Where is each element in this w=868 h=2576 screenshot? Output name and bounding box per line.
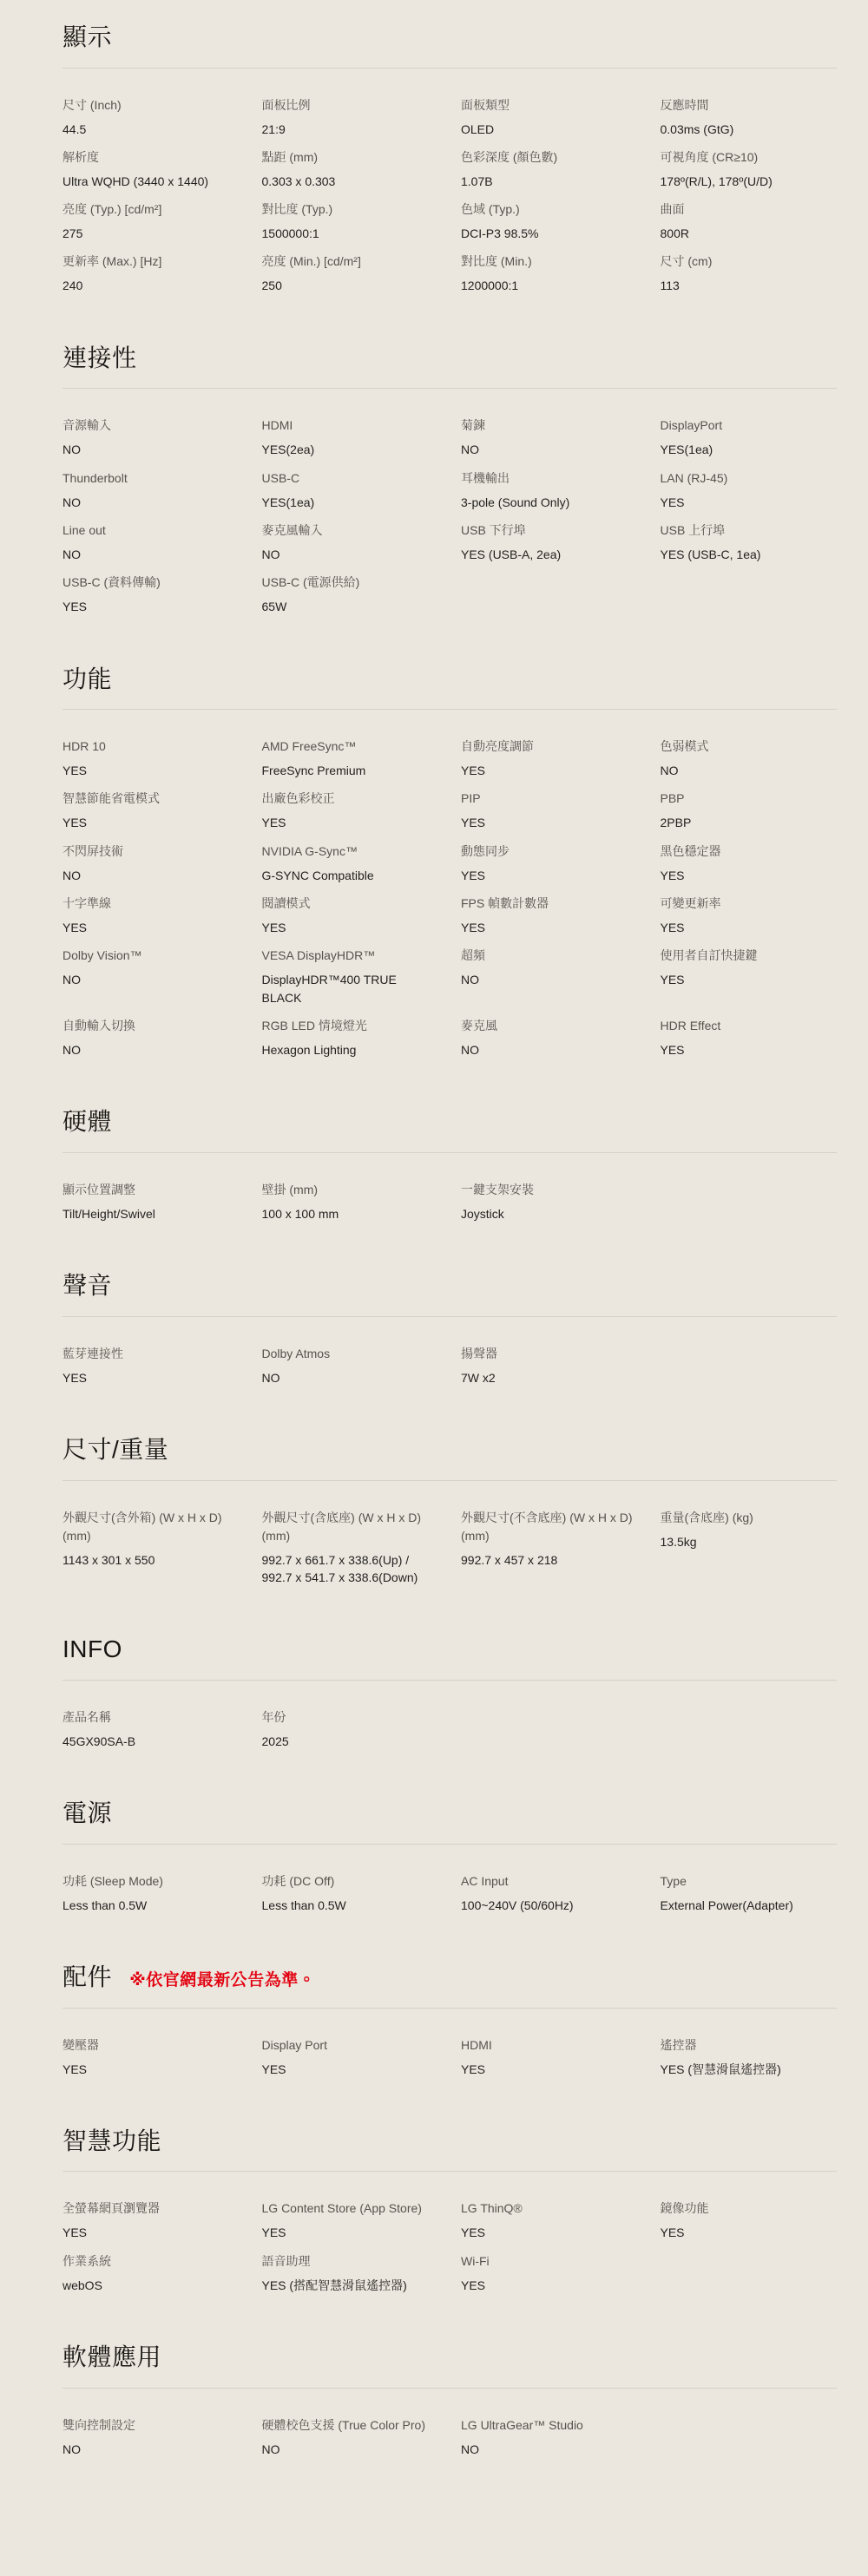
spec-item: 對比度 (Min.) 1200000:1 (461, 252, 638, 294)
spec-item-value: YES (262, 2224, 439, 2241)
spec-item: PBP 2PBP (661, 790, 838, 831)
spec-item-label: 菊鍊 (461, 416, 638, 435)
spec-item: 雙向控制設定 NO (62, 2416, 240, 2458)
spec-item-value: YES (搭配智慧滑鼠遙控器) (262, 2277, 439, 2294)
spec-item-label: 全螢幕網頁瀏覽器 (62, 2199, 240, 2218)
spec-item-value: YES (262, 814, 439, 831)
section-title: 連接性 (62, 344, 837, 373)
spec-item: 曲面 800R (661, 200, 838, 242)
spec-item-label: 變壓器 (62, 2036, 240, 2055)
spec-item-label: 尺寸 (cm) (661, 252, 838, 271)
section-divider (62, 1152, 837, 1153)
spec-item-label: PIP (461, 790, 638, 808)
spec-item-label: 對比度 (Typ.) (262, 200, 439, 219)
spec-item: 菊鍊 NO (461, 416, 638, 458)
spec-item: 揚聲器 7W x2 (461, 1345, 638, 1386)
spec-item-value: 1143 x 301 x 550 (62, 1551, 240, 1569)
spec-item-label: 鏡像功能 (661, 2199, 838, 2218)
spec-item: VESA DisplayHDR™ DisplayHDR™400 TRUE BLA… (262, 947, 439, 1006)
spec-item-label: 藍芽連接性 (62, 1345, 240, 1363)
spec-item: FPS 幀數計數器 YES (461, 895, 638, 936)
section-title-text: 電源 (62, 1799, 112, 1826)
spec-item-value: YES (62, 762, 240, 779)
spec-grid: 雙向控制設定 NO 硬體校色支援 (True Color Pro) NO LG … (62, 2416, 837, 2458)
spec-item: 尺寸 (cm) 113 (661, 252, 838, 294)
spec-item-value: 45GX90SA-B (62, 1733, 240, 1750)
spec-item: 自動輸入切換 NO (62, 1017, 240, 1059)
spec-item: RGB LED 情境燈光 Hexagon Lighting (262, 1017, 439, 1059)
spec-item-label: Wi-Fi (461, 2252, 638, 2271)
spec-section: 功能 HDR 10 YES AMD FreeSync™ FreeSync Pre… (62, 665, 837, 1059)
spec-item-label: USB-C (262, 469, 439, 488)
spec-item-value: External Power(Adapter) (661, 1897, 838, 1914)
spec-item-value: YES (661, 1041, 838, 1059)
spec-item: 遙控器 YES (智慧滑鼠遙控器) (661, 2036, 838, 2078)
spec-grid: 尺寸 (Inch) 44.5 面板比例 21:9 面板類型 OLED 反應時間 … (62, 96, 837, 295)
spec-item-value: 100 x 100 mm (262, 1205, 439, 1222)
spec-item: 不閃屏技術 NO (62, 842, 240, 884)
spec-item-value: 65W (262, 598, 439, 615)
spec-item: 語音助理 YES (搭配智慧滑鼠遙控器) (262, 2252, 439, 2294)
spec-item-value: 250 (262, 277, 439, 294)
spec-item-value: NO (461, 441, 638, 458)
spec-item-label: 外觀尺寸(含外箱) (W x H x D) (mm) (62, 1509, 240, 1545)
spec-item: AMD FreeSync™ FreeSync Premium (262, 737, 439, 779)
spec-item-value: YES (461, 2061, 638, 2078)
spec-item: 可視角度 (CR≥10) 178º(R/L), 178º(U/D) (661, 148, 838, 190)
section-title-text: 尺寸/重量 (62, 1436, 168, 1463)
spec-item: 壁掛 (mm) 100 x 100 mm (262, 1181, 439, 1222)
spec-item-label: 功耗 (DC Off) (262, 1872, 439, 1891)
spec-item: 面板類型 OLED (461, 96, 638, 138)
spec-item-value: NO (62, 494, 240, 511)
spec-item-value: YES (461, 762, 638, 779)
spec-item-value: 240 (62, 277, 240, 294)
spec-item: 十字準線 YES (62, 895, 240, 936)
section-title: INFO (62, 1635, 837, 1664)
spec-grid: 音源輸入 NO HDMI YES(2ea) 菊鍊 NO DisplayPort … (62, 416, 837, 615)
spec-item-value: DisplayHDR™400 TRUE BLACK (262, 971, 439, 1006)
spec-item-value: YES (62, 2061, 240, 2078)
spec-item-value: 100~240V (50/60Hz) (461, 1897, 638, 1914)
spec-item-value: YES (智慧滑鼠遙控器) (661, 2061, 838, 2078)
spec-item: 反應時間 0.03ms (GtG) (661, 96, 838, 138)
spec-item: 動態同步 YES (461, 842, 638, 884)
spec-item: 點距 (mm) 0.303 x 0.303 (262, 148, 439, 190)
spec-item-label: 閱讀模式 (262, 895, 439, 913)
spec-item-value: 2025 (262, 1733, 439, 1750)
spec-item: 顯示位置調整 Tilt/Height/Swivel (62, 1181, 240, 1222)
spec-item: 對比度 (Typ.) 1500000:1 (262, 200, 439, 242)
section-divider (62, 2008, 837, 2009)
spec-item-value: 992.7 x 457 x 218 (461, 1551, 638, 1569)
spec-item-value: YES(1ea) (262, 494, 439, 511)
spec-item: USB-C YES(1ea) (262, 469, 439, 511)
spec-item-label: 曲面 (661, 200, 838, 219)
spec-item: 功耗 (DC Off) Less than 0.5W (262, 1872, 439, 1914)
spec-section: 軟體應用 雙向控制設定 NO 硬體校色支援 (True Color Pro) N… (62, 2343, 837, 2458)
spec-item: HDR 10 YES (62, 737, 240, 779)
spec-item-value: YES (461, 867, 638, 884)
spec-item-label: 對比度 (Min.) (461, 252, 638, 271)
spec-item-value: NO (62, 441, 240, 458)
spec-item-label: 雙向控制設定 (62, 2416, 240, 2435)
spec-item: Display Port YES (262, 2036, 439, 2078)
spec-item-label: 硬體校色支援 (True Color Pro) (262, 2416, 439, 2435)
spec-item: 音源輸入 NO (62, 416, 240, 458)
spec-item-label: LAN (RJ-45) (661, 469, 838, 488)
spec-grid: 變壓器 YES Display Port YES HDMI YES 遙控器 YE… (62, 2036, 837, 2078)
spec-item: NVIDIA G-Sync™ G-SYNC Compatible (262, 842, 439, 884)
spec-item-label: 色彩深度 (顏色數) (461, 148, 638, 167)
spec-item-label: USB-C (資料傳輸) (62, 574, 240, 592)
spec-item: HDMI YES (461, 2036, 638, 2078)
spec-item-label: 年份 (262, 1708, 439, 1727)
spec-item-label: Thunderbolt (62, 469, 240, 488)
spec-item-value: 800R (661, 225, 838, 242)
section-title: 顯示 (62, 23, 837, 52)
spec-item: AC Input 100~240V (50/60Hz) (461, 1872, 638, 1914)
spec-item-label: 功耗 (Sleep Mode) (62, 1872, 240, 1891)
section-title-text: 功能 (62, 665, 112, 692)
spec-item: Wi-Fi YES (461, 2252, 638, 2294)
spec-item-value: YES (461, 2277, 638, 2294)
spec-item-label: 黑色穩定器 (661, 842, 838, 861)
spec-item: 硬體校色支援 (True Color Pro) NO (262, 2416, 439, 2458)
spec-item: 色彩深度 (顏色數) 1.07B (461, 148, 638, 190)
spec-item: 面板比例 21:9 (262, 96, 439, 138)
spec-item-label: FPS 幀數計數器 (461, 895, 638, 913)
spec-item-value: YES (661, 867, 838, 884)
spec-item: 色弱模式 NO (661, 737, 838, 779)
spec-item-value: 44.5 (62, 121, 240, 138)
spec-item-value: YES (USB-C, 1ea) (661, 546, 838, 563)
spec-item: LG ThinQ® YES (461, 2199, 638, 2241)
spec-item-value: 21:9 (262, 121, 439, 138)
spec-item-label: AMD FreeSync™ (262, 737, 439, 756)
spec-item: HDR Effect YES (661, 1017, 838, 1059)
spec-item-value: 178º(R/L), 178º(U/D) (661, 173, 838, 190)
spec-item-label: RGB LED 情境燈光 (262, 1017, 439, 1035)
spec-item-label: 不閃屏技術 (62, 842, 240, 861)
spec-item-label: 反應時間 (661, 96, 838, 115)
spec-item-label: Dolby Atmos (262, 1345, 439, 1363)
spec-item-value: YES (461, 814, 638, 831)
spec-item: Thunderbolt NO (62, 469, 240, 511)
spec-item-label: 解析度 (62, 148, 240, 167)
spec-item-value: NO (661, 762, 838, 779)
spec-item-value: 113 (661, 277, 838, 294)
spec-item-label: 點距 (mm) (262, 148, 439, 167)
spec-item: 自動亮度調節 YES (461, 737, 638, 779)
spec-item-value: YES (62, 1369, 240, 1386)
spec-item-label: HDR Effect (661, 1017, 838, 1035)
spec-item-value: 1500000:1 (262, 225, 439, 242)
spec-item-value: Joystick (461, 1205, 638, 1222)
spec-item-value: 3-pole (Sound Only) (461, 494, 638, 511)
spec-item-value: 992.7 x 661.7 x 338.6(Up) / 992.7 x 541.… (262, 1551, 439, 1587)
spec-item-label: USB 上行埠 (661, 521, 838, 540)
spec-item: 更新率 (Max.) [Hz] 240 (62, 252, 240, 294)
spec-item-label: Type (661, 1872, 838, 1891)
spec-item: LAN (RJ-45) YES (661, 469, 838, 511)
spec-item-value: webOS (62, 2277, 240, 2294)
spec-item-value: YES (661, 919, 838, 936)
spec-section: 配件 ※依官網最新公告為準。 變壓器 YES Display Port YES … (62, 1963, 837, 2078)
spec-item-label: 色域 (Typ.) (461, 200, 638, 219)
spec-item-label: 亮度 (Min.) [cd/m²] (262, 252, 439, 271)
spec-item-value: YES (661, 494, 838, 511)
spec-item-label: 自動輸入切換 (62, 1017, 240, 1035)
spec-sections: 顯示 尺寸 (Inch) 44.5 面板比例 21:9 面板類型 OLED 反應… (62, 23, 837, 2458)
spec-item-value: NO (62, 971, 240, 988)
spec-item: USB-C (資料傳輸) YES (62, 574, 240, 615)
spec-item-label: LG ThinQ® (461, 2199, 638, 2218)
spec-item-label: NVIDIA G-Sync™ (262, 842, 439, 861)
section-divider (62, 2388, 837, 2389)
spec-section: 連接性 音源輸入 NO HDMI YES(2ea) 菊鍊 NO DisplayP… (62, 344, 837, 616)
spec-item: 黑色穩定器 YES (661, 842, 838, 884)
spec-item: 閱讀模式 YES (262, 895, 439, 936)
spec-item-label: 尺寸 (Inch) (62, 96, 240, 115)
spec-item: 耳機輸出 3-pole (Sound Only) (461, 469, 638, 511)
spec-item: 色域 (Typ.) DCI-P3 98.5% (461, 200, 638, 242)
spec-item: 亮度 (Typ.) [cd/m²] 275 (62, 200, 240, 242)
spec-item-value: 7W x2 (461, 1369, 638, 1386)
spec-item: LG Content Store (App Store) YES (262, 2199, 439, 2241)
spec-item: PIP YES (461, 790, 638, 831)
spec-item-value: NO (62, 1041, 240, 1059)
spec-item-label: 亮度 (Typ.) [cd/m²] (62, 200, 240, 219)
spec-item-value: NO (461, 971, 638, 988)
spec-item-label: USB 下行埠 (461, 521, 638, 540)
spec-item-label: 自動亮度調節 (461, 737, 638, 756)
section-title: 智慧功能 (62, 2127, 837, 2156)
spec-item-value: 1200000:1 (461, 277, 638, 294)
spec-item-value: YES (461, 919, 638, 936)
spec-item: 產品名稱 45GX90SA-B (62, 1708, 240, 1750)
spec-item-label: 作業系統 (62, 2252, 240, 2271)
section-title-text: 顯示 (62, 23, 112, 50)
section-title-text: 連接性 (62, 344, 137, 371)
spec-item-label: DisplayPort (661, 416, 838, 435)
spec-item-label: 顯示位置調整 (62, 1181, 240, 1199)
spec-item: 功耗 (Sleep Mode) Less than 0.5W (62, 1872, 240, 1914)
spec-section: 智慧功能 全螢幕網頁瀏覽器 YES LG Content Store (App … (62, 2127, 837, 2294)
spec-item-value: YES (62, 598, 240, 615)
spec-item-label: 更新率 (Max.) [Hz] (62, 252, 240, 271)
spec-section: INFO 產品名稱 45GX90SA-B 年份 2025 (62, 1635, 837, 1750)
spec-grid: 產品名稱 45GX90SA-B 年份 2025 (62, 1708, 837, 1750)
spec-item-label: HDMI (262, 416, 439, 435)
spec-item: Dolby Atmos NO (262, 1345, 439, 1386)
spec-item-label: 揚聲器 (461, 1345, 638, 1363)
spec-item: 全螢幕網頁瀏覽器 YES (62, 2199, 240, 2241)
spec-item: 藍芽連接性 YES (62, 1345, 240, 1386)
spec-item-label: 產品名稱 (62, 1708, 240, 1727)
spec-item-value: 0.303 x 0.303 (262, 173, 439, 190)
spec-item-value: FreeSync Premium (262, 762, 439, 779)
spec-item: 解析度 Ultra WQHD (3440 x 1440) (62, 148, 240, 190)
spec-item-value: Less than 0.5W (62, 1897, 240, 1914)
spec-item-label: AC Input (461, 1872, 638, 1891)
section-title: 聲音 (62, 1271, 837, 1301)
spec-item-value: Hexagon Lighting (262, 1041, 439, 1059)
spec-item: 亮度 (Min.) [cd/m²] 250 (262, 252, 439, 294)
spec-item: HDMI YES(2ea) (262, 416, 439, 458)
spec-item-label: 壁掛 (mm) (262, 1181, 439, 1199)
spec-item: 出廠色彩校正 YES (262, 790, 439, 831)
spec-item-label: 使用者自訂快捷鍵 (661, 947, 838, 965)
section-divider (62, 388, 837, 389)
spec-item-label: HDR 10 (62, 737, 240, 756)
spec-item: 作業系統 webOS (62, 2252, 240, 2294)
spec-item: 變壓器 YES (62, 2036, 240, 2078)
spec-item-value: 0.03ms (GtG) (661, 121, 838, 138)
spec-section: 電源 功耗 (Sleep Mode) Less than 0.5W 功耗 (DC… (62, 1799, 837, 1914)
spec-item-value: YES (661, 971, 838, 988)
section-divider (62, 1844, 837, 1845)
spec-grid: 全螢幕網頁瀏覽器 YES LG Content Store (App Store… (62, 2199, 837, 2294)
spec-item: 外觀尺寸(含外箱) (W x H x D) (mm) 1143 x 301 x … (62, 1509, 240, 1587)
spec-item-value: NO (262, 2441, 439, 2458)
spec-item-value: 2PBP (661, 814, 838, 831)
section-title: 電源 (62, 1799, 837, 1828)
spec-item: 外觀尺寸(含底座) (W x H x D) (mm) 992.7 x 661.7… (262, 1509, 439, 1587)
spec-item: Line out NO (62, 521, 240, 563)
spec-item-label: Dolby Vision™ (62, 947, 240, 965)
spec-item-label: 面板比例 (262, 96, 439, 115)
section-title-note: ※依官網最新公告為準。 (129, 1971, 315, 1989)
spec-item-value: YES (461, 2224, 638, 2241)
spec-item-value: YES (62, 814, 240, 831)
spec-item-label: 可變更新率 (661, 895, 838, 913)
spec-grid: 顯示位置調整 Tilt/Height/Swivel 壁掛 (mm) 100 x … (62, 1181, 837, 1222)
spec-item: 一鍵支架安裝 Joystick (461, 1181, 638, 1222)
spec-item-label: Line out (62, 521, 240, 540)
section-title-text: 軟體應用 (62, 2343, 161, 2370)
spec-item-value: YES (262, 919, 439, 936)
spec-item: DisplayPort YES(1ea) (661, 416, 838, 458)
spec-item: 超頻 NO (461, 947, 638, 1006)
spec-item-label: PBP (661, 790, 838, 808)
spec-item: 外觀尺寸(不含底座) (W x H x D) (mm) 992.7 x 457 … (461, 1509, 638, 1587)
spec-item: Type External Power(Adapter) (661, 1872, 838, 1914)
spec-item-value: NO (262, 1369, 439, 1386)
spec-item: LG UltraGear™ Studio NO (461, 2416, 638, 2458)
spec-item-value: NO (262, 546, 439, 563)
spec-item-value: Ultra WQHD (3440 x 1440) (62, 173, 240, 190)
spec-item-label: 智慧節能省電模式 (62, 790, 240, 808)
spec-item: 麥克風輸入 NO (262, 521, 439, 563)
spec-item: 尺寸 (Inch) 44.5 (62, 96, 240, 138)
spec-item-value: NO (62, 867, 240, 884)
spec-item-label: 可視角度 (CR≥10) (661, 148, 838, 167)
section-divider (62, 68, 837, 69)
spec-item-value: 1.07B (461, 173, 638, 190)
spec-item-value: Less than 0.5W (262, 1897, 439, 1914)
spec-item-label: 超頻 (461, 947, 638, 965)
spec-item-value: YES(1ea) (661, 441, 838, 458)
spec-section: 硬體 顯示位置調整 Tilt/Height/Swivel 壁掛 (mm) 100… (62, 1107, 837, 1222)
spec-item-value: YES (USB-A, 2ea) (461, 546, 638, 563)
spec-item-value: OLED (461, 121, 638, 138)
spec-item-value: Tilt/Height/Swivel (62, 1205, 240, 1222)
section-title: 軟體應用 (62, 2343, 837, 2372)
spec-item-label: 出廠色彩校正 (262, 790, 439, 808)
section-divider (62, 2171, 837, 2172)
section-title: 功能 (62, 665, 837, 694)
spec-item-label: 一鍵支架安裝 (461, 1181, 638, 1199)
spec-item-label: 麥克風輸入 (262, 521, 439, 540)
spec-item-label: 麥克風 (461, 1017, 638, 1035)
section-divider (62, 1316, 837, 1317)
section-divider (62, 1480, 837, 1481)
spec-item: 麥克風 NO (461, 1017, 638, 1059)
spec-item-value: G-SYNC Compatible (262, 867, 439, 884)
spec-item: USB-C (電源供給) 65W (262, 574, 439, 615)
section-title-text: INFO (62, 1635, 122, 1662)
spec-item-value: YES (62, 919, 240, 936)
spec-item-value: YES (661, 2224, 838, 2241)
spec-item-value: NO (461, 1041, 638, 1059)
spec-item-label: VESA DisplayHDR™ (262, 947, 439, 965)
spec-item: 可變更新率 YES (661, 895, 838, 936)
spec-item-value: YES (262, 2061, 439, 2078)
spec-item-label: 色弱模式 (661, 737, 838, 756)
spec-item-value: NO (62, 2441, 240, 2458)
spec-item-label: USB-C (電源供給) (262, 574, 439, 592)
spec-item: USB 下行埠 YES (USB-A, 2ea) (461, 521, 638, 563)
section-title: 尺寸/重量 (62, 1435, 837, 1465)
spec-item-value: DCI-P3 98.5% (461, 225, 638, 242)
spec-item-value: 275 (62, 225, 240, 242)
spec-section: 尺寸/重量 外觀尺寸(含外箱) (W x H x D) (mm) 1143 x … (62, 1435, 837, 1586)
spec-item-label: 重量(含底座) (kg) (661, 1509, 838, 1527)
spec-grid: 外觀尺寸(含外箱) (W x H x D) (mm) 1143 x 301 x … (62, 1509, 837, 1587)
spec-item-label: LG Content Store (App Store) (262, 2199, 439, 2218)
section-title: 硬體 (62, 1107, 837, 1137)
spec-item-value: YES(2ea) (262, 441, 439, 458)
spec-item-label: 動態同步 (461, 842, 638, 861)
spec-item-label: 語音助理 (262, 2252, 439, 2271)
section-divider (62, 709, 837, 710)
spec-sheet: 顯示 尺寸 (Inch) 44.5 面板比例 21:9 面板類型 OLED 反應… (0, 0, 868, 2576)
spec-item: 鏡像功能 YES (661, 2199, 838, 2241)
spec-item: USB 上行埠 YES (USB-C, 1ea) (661, 521, 838, 563)
spec-item-label: 面板類型 (461, 96, 638, 115)
spec-item: Dolby Vision™ NO (62, 947, 240, 1006)
section-divider (62, 1680, 837, 1681)
spec-item: 智慧節能省電模式 YES (62, 790, 240, 831)
spec-section: 顯示 尺寸 (Inch) 44.5 面板比例 21:9 面板類型 OLED 反應… (62, 23, 837, 295)
spec-item-label: HDMI (461, 2036, 638, 2055)
spec-item-label: 外觀尺寸(不含底座) (W x H x D) (mm) (461, 1509, 638, 1545)
spec-item-label: 音源輸入 (62, 416, 240, 435)
spec-item-value: NO (461, 2441, 638, 2458)
spec-item-value: NO (62, 546, 240, 563)
spec-item-label: 十字準線 (62, 895, 240, 913)
spec-item-value: 13.5kg (661, 1533, 838, 1550)
section-title-text: 聲音 (62, 1272, 112, 1299)
spec-grid: 功耗 (Sleep Mode) Less than 0.5W 功耗 (DC Of… (62, 1872, 837, 1914)
spec-item-label: LG UltraGear™ Studio (461, 2416, 638, 2435)
spec-item-label: 耳機輸出 (461, 469, 638, 488)
spec-item-label: 外觀尺寸(含底座) (W x H x D) (mm) (262, 1509, 439, 1545)
spec-item-label: 遙控器 (661, 2036, 838, 2055)
section-title-text: 智慧功能 (62, 2127, 161, 2154)
spec-item: 重量(含底座) (kg) 13.5kg (661, 1509, 838, 1587)
